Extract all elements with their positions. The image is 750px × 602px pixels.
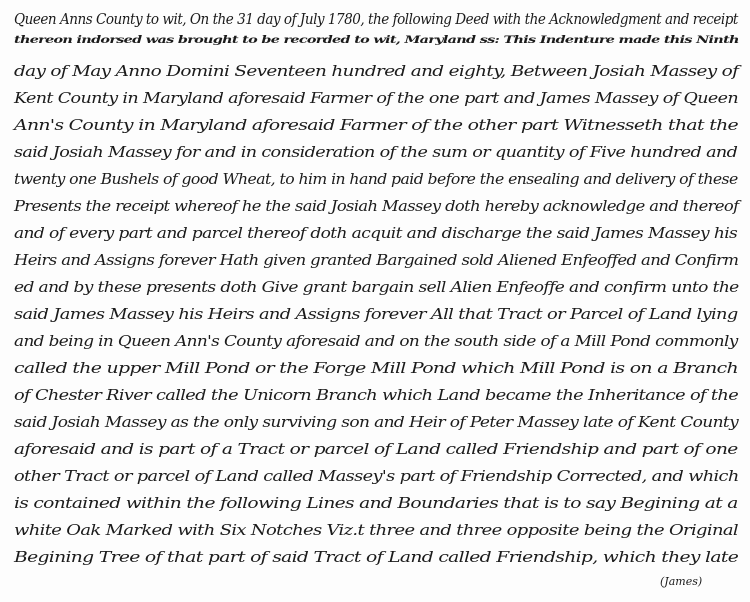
deed-line-15: of Chester River called the Unicorn Bran… <box>14 386 738 404</box>
deed-line-20: white Oak Marked with Six Notches Viz.t … <box>14 521 738 539</box>
deed-line-1: Queen Anns County to wit, On the 31 day … <box>14 10 738 28</box>
deed-line-7: twenty one Bushels of good Wheat, to him… <box>14 170 738 188</box>
deed-line-4: Kent County in Maryland aforesaid Farmer… <box>14 89 738 107</box>
deed-line-18: other Tract or parcel of Land called Mas… <box>14 467 739 485</box>
deed-line-13: and being in Queen Ann's County aforesai… <box>14 332 738 350</box>
deed-line-8: Presents the receipt whereof he the said… <box>14 197 739 215</box>
deed-line-3: day of May Anno Domini Seventeen hundred… <box>14 62 738 80</box>
deed-line-9: and of every part and parcel thereof dot… <box>14 224 737 242</box>
marginal-annotation: (James) <box>660 575 702 588</box>
deed-line-5: Ann's County in Maryland aforesaid Farme… <box>14 116 738 134</box>
deed-page: Queen Anns County to wit, On the 31 day … <box>0 0 750 602</box>
deed-line-14: called the upper Mill Pond or the Forge … <box>14 359 738 377</box>
deed-line-17: aforesaid and is part of a Tract or parc… <box>14 440 738 458</box>
deed-line-21: Begining Tree of that part of said Tract… <box>14 548 738 566</box>
deed-line-11: ed and by these presents doth Give grant… <box>14 278 739 296</box>
deed-line-16: said Josiah Massey as the only surviving… <box>14 413 738 431</box>
deed-line-12: said James Massey his Heirs and Assigns … <box>14 305 738 323</box>
deed-line-6: said Josiah Massey for and in considerat… <box>14 143 737 161</box>
deed-line-19: is contained within the following Lines … <box>14 494 738 512</box>
deed-line-2: thereon indorsed was brought to be recor… <box>14 34 739 46</box>
deed-line-10: Heirs and Assigns forever Hath given gra… <box>14 251 738 269</box>
